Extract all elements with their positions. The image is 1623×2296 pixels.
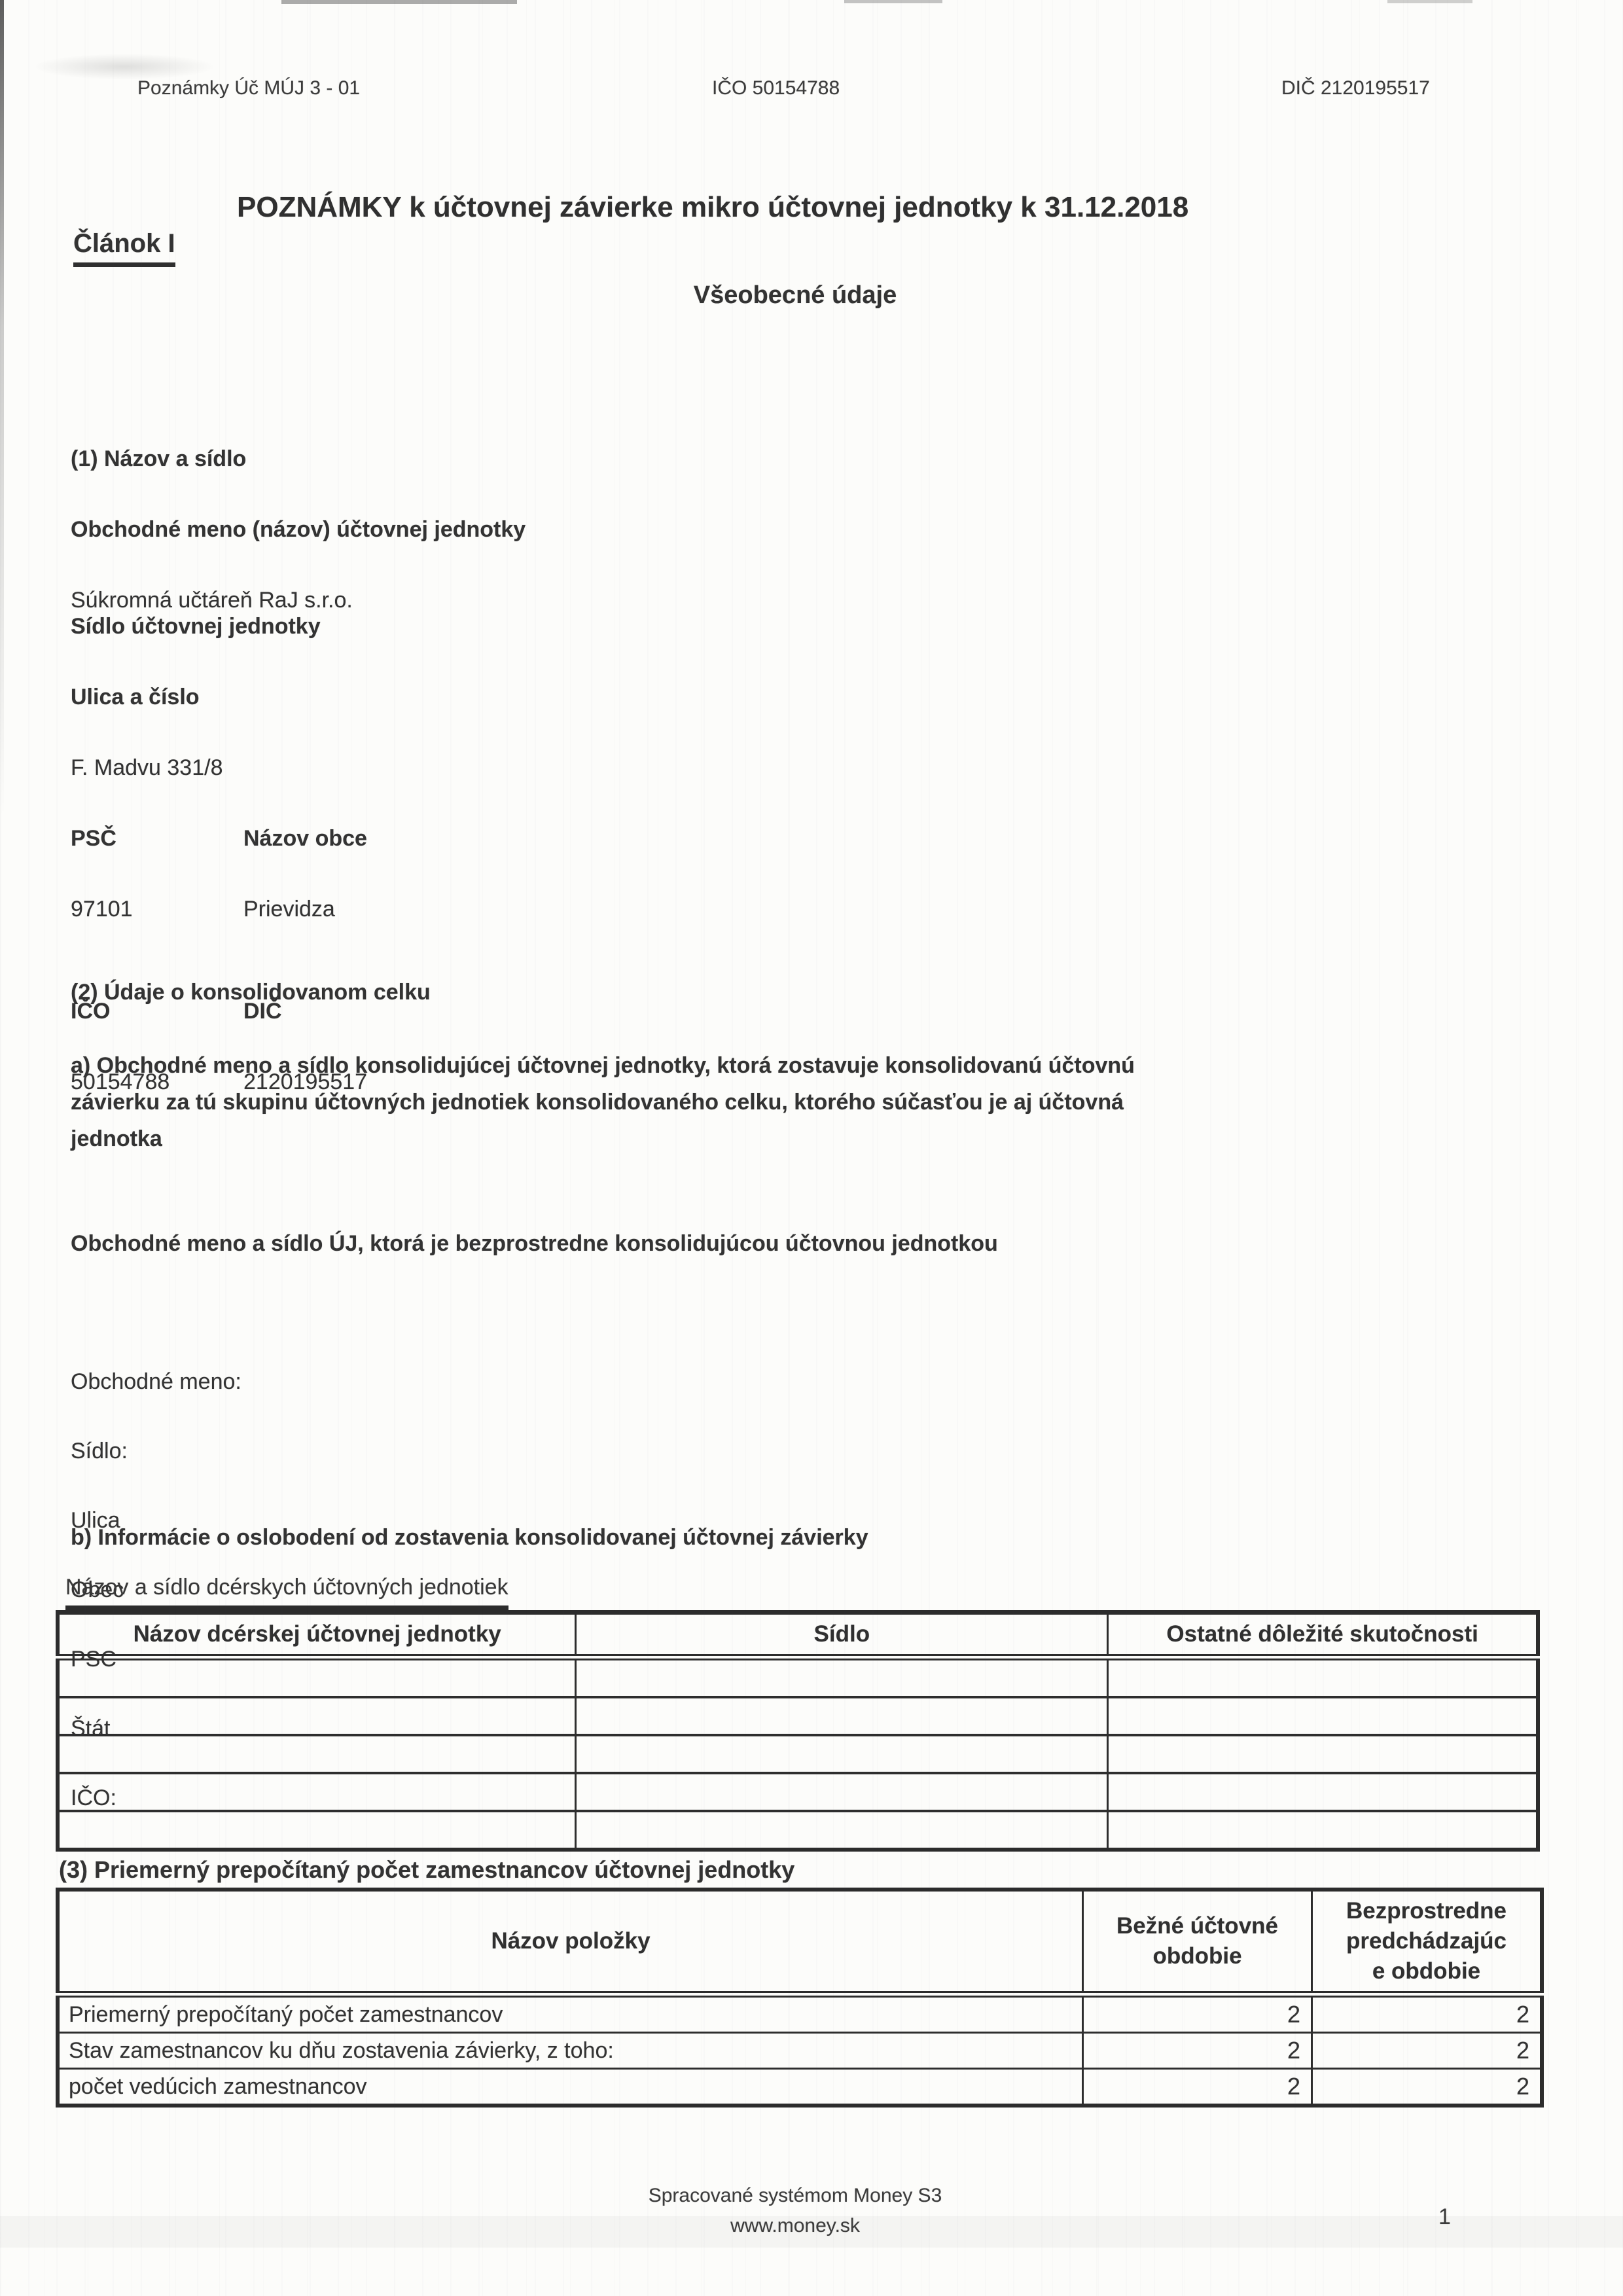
subsidiaries-table-caption: Názov a sídlo dcérskych účtovných jednot…	[65, 1575, 508, 1611]
section-2b-heading: b) Informácie o oslobodení od zostavenia…	[71, 1520, 868, 1555]
table-cell	[576, 1657, 1108, 1697]
table-cell	[1108, 1697, 1538, 1735]
scan-top-mark	[281, 0, 517, 4]
table-row	[58, 1697, 1538, 1735]
section-2-paragraph-b: Obchodné meno a sídlo ÚJ, ktorá je bezpr…	[71, 1225, 1556, 1262]
table-cell	[576, 1697, 1108, 1735]
column-header-other: Ostatné dôležité skutočnosti	[1108, 1613, 1538, 1658]
table-cell	[58, 1811, 576, 1850]
table-cell	[576, 1773, 1108, 1811]
table-cell	[58, 1773, 576, 1811]
employees-table-body: Priemerný prepočítaný počet zamestnancov…	[58, 1994, 1542, 2106]
obec-label: Názov obce	[243, 821, 367, 856]
section-1-heading: (1) Názov a sídlo	[71, 441, 526, 476]
table-cell	[1108, 1773, 1538, 1811]
table-cell	[58, 1657, 576, 1697]
section-2-heading: (2) Údaje o konsolidovanom celku	[71, 974, 1556, 1011]
table-cell	[58, 1735, 576, 1773]
scan-top-mark	[1387, 0, 1472, 3]
column-header-item: Názov položky	[58, 1890, 1083, 1994]
row-label: Priemerný prepočítaný počet zamestnancov	[58, 1994, 1083, 2033]
table-row: Priemerný prepočítaný počet zamestnancov…	[58, 1994, 1542, 2033]
column-header-current-period: Bežné účtovné obdobie	[1083, 1890, 1312, 1994]
subsidiaries-table: Názov dcérskej účtovnej jednotky Sídlo O…	[56, 1610, 1540, 1852]
table-row	[58, 1811, 1538, 1850]
footer-processing-note: Spracované systémom Money S3	[0, 2185, 1590, 2207]
table-header-row: Názov dcérskej účtovnej jednotky Sídlo O…	[58, 1613, 1538, 1658]
table-cell	[1108, 1657, 1538, 1697]
row-current-value: 2	[1083, 1994, 1312, 2033]
scan-edge-artifact	[0, 0, 4, 818]
psc-obec-labels: PSČ Názov obce	[71, 821, 367, 856]
subsidiaries-table-head: Názov dcérskej účtovnej jednotky Sídlo O…	[58, 1613, 1538, 1658]
column-header-previous-period: Bezprostredne predchádzajúc e obdobie	[1312, 1890, 1543, 1994]
section-3-heading: (3) Priemerný prepočítaný počet zamestna…	[59, 1856, 794, 1891]
table-cell	[576, 1811, 1108, 1850]
field-sidlo: Sídlo:	[71, 1434, 1556, 1469]
page-title: POZNÁMKY k účtovnej závierke mikro účtov…	[237, 191, 1188, 224]
table-header-row: Názov položky Bežné účtovné obdobie Bezp…	[58, 1890, 1542, 1994]
footer-website: www.money.sk	[0, 2215, 1590, 2237]
field-obchodne-meno: Obchodné meno:	[71, 1365, 1556, 1399]
employees-table-head: Názov položky Bežné účtovné obdobie Bezp…	[58, 1890, 1542, 1994]
scan-smudge	[33, 54, 216, 80]
table-row: Stav zamestnancov ku dňu zostavenia závi…	[58, 2033, 1542, 2069]
table-cell	[58, 1697, 576, 1735]
form-code: Poznámky Úč MÚJ 3 - 01	[137, 77, 360, 99]
table-cell	[576, 1735, 1108, 1773]
table-cell	[1108, 1811, 1538, 1850]
column-header-seat: Sídlo	[576, 1613, 1108, 1658]
row-label: Stav zamestnancov ku dňu zostavenia závi…	[58, 2033, 1083, 2069]
scan-top-mark	[844, 0, 942, 3]
article-heading: Článok I	[73, 229, 175, 267]
row-current-value: 2	[1083, 2033, 1312, 2069]
row-label: počet vedúcich zamestnancov	[58, 2069, 1083, 2106]
table-row	[58, 1773, 1538, 1811]
business-name-label: Obchodné meno (názov) účtovnej jednotky	[71, 512, 526, 547]
psc-label: PSČ	[71, 821, 243, 856]
section-2-paragraph-a: a) Obchodné meno a sídlo konsolidujúcej …	[71, 1047, 1556, 1157]
table-row	[58, 1657, 1538, 1697]
obec-value: Prievidza	[243, 891, 367, 927]
column-header-name: Názov dcérskej účtovnej jednotky	[58, 1613, 576, 1658]
page-number: 1	[1438, 2204, 1451, 2230]
subsidiaries-table-body	[58, 1657, 1538, 1850]
row-previous-value: 2	[1312, 1994, 1543, 2033]
table-cell	[1108, 1735, 1538, 1773]
street-value: F. Madvu 331/8	[71, 750, 367, 785]
table-row: počet vedúcich zamestnancov 2 2	[58, 2069, 1542, 2106]
seat-label: Sídlo účtovnej jednotky	[71, 609, 367, 644]
row-previous-value: 2	[1312, 2033, 1543, 2069]
dic-number: DIČ 2120195517	[1281, 77, 1430, 99]
row-current-value: 2	[1083, 2069, 1312, 2106]
ico-number: IČO 50154788	[712, 77, 840, 99]
row-previous-value: 2	[1312, 2069, 1543, 2106]
psc-obec-values: 97101 Prievidza	[71, 891, 367, 927]
table-row	[58, 1735, 1538, 1773]
street-label: Ulica a číslo	[71, 679, 367, 715]
general-data-heading: Všeobecné údaje	[0, 281, 1590, 310]
scanned-document-page: Poznámky Úč MÚJ 3 - 01 IČO 50154788 DIČ …	[0, 0, 1623, 2296]
employees-table: Názov položky Bežné účtovné obdobie Bezp…	[56, 1888, 1544, 2108]
psc-value: 97101	[71, 891, 243, 927]
